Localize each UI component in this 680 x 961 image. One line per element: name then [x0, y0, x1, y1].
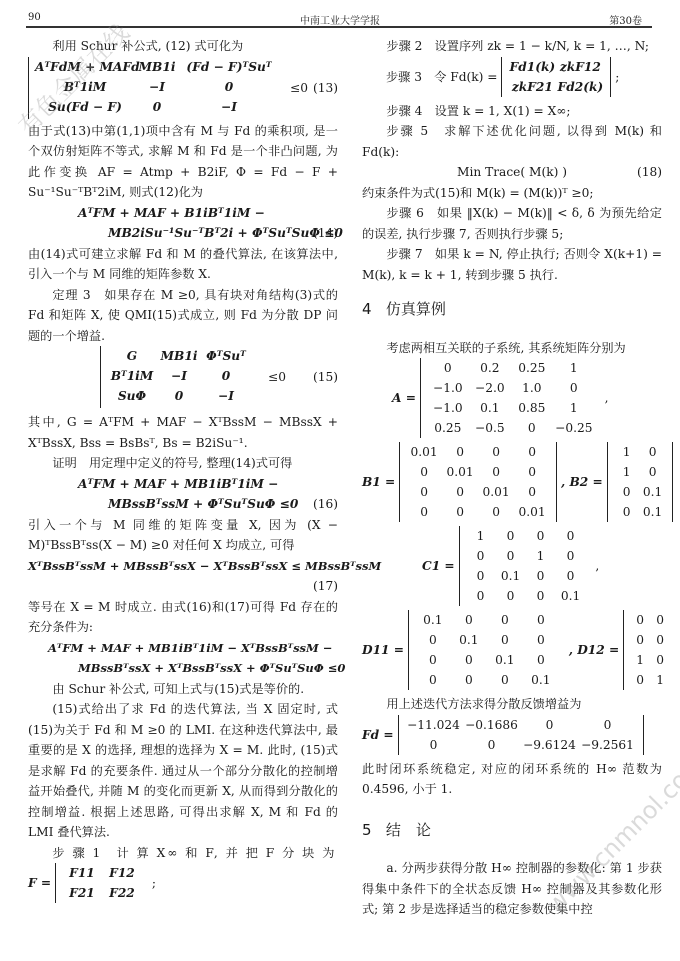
step-7: 步骤 7 如果 k = N, 停止执行; 否则令 X(k+1) = M(k), … [362, 244, 662, 285]
matrix-cell: 0 [451, 650, 487, 670]
step-2: 步骤 2 设置序列 zk = 1 − k/N, k = 1, …, N; [362, 36, 662, 57]
matrix-cell: 1 [466, 526, 496, 546]
matrix-cell: 0 [523, 610, 559, 630]
matrix-cell: 0 [496, 586, 526, 606]
matrix-cell: 0 [511, 418, 553, 438]
matrix-cell: 0 [523, 650, 559, 670]
left-column: 利用 Schur 补公式, (12) 式可化为 AᵀFdM + MAFdMB1i… [28, 30, 338, 907]
step-6: 步骤 6 如果 ‖X(k) − M(k)‖ < δ, δ 为预先给定的误差, 执… [362, 203, 662, 244]
constraint-text: 约束条件为式(15)和 M(k) = (M(k))ᵀ ≥0; [362, 183, 662, 204]
matrix-cell: 1 [553, 358, 595, 378]
equation-14-line1: AᵀFM + MAF + B1iBᵀ1iM − [28, 203, 338, 224]
matrix-cell: 0.1 [640, 482, 666, 502]
matrix-cell: 0 [556, 546, 586, 566]
matrix-cell: 0 [442, 502, 478, 522]
matrix-cell: 1.0 [511, 378, 553, 398]
matrix-cell: 0.1 [415, 610, 451, 630]
matrix-row: 00.0100 [406, 462, 550, 482]
matrix-cell: −9.2561 [579, 735, 637, 755]
matrix-cell: 0 [478, 462, 514, 482]
matrix-cell: 0 [478, 442, 514, 462]
matrix-cell: −1.0 [427, 378, 469, 398]
equation-13: AᵀFdM + MAFdMB1i(Fd − F)ᵀSuᵀ Bᵀ1iM−I0 Su… [28, 57, 338, 121]
matrix-row: 0000.1 [415, 670, 559, 690]
eq15-matrix: GMB1iΦᵀSuᵀ Bᵀ1iM−I0 SuΦ0−I [100, 346, 257, 408]
matrix-cell: 0.1 [469, 398, 511, 418]
equation-14-line2: MB2iSu⁻¹Su⁻ᵀBᵀ2i + ΦᵀSuᵀSuΦ ≤0 (14) [28, 223, 338, 244]
intro-text: 利用 Schur 补公式, (12) 式可化为 [28, 36, 338, 57]
matrix-cell: 0 [650, 630, 670, 650]
matrix-cell: 0 [466, 546, 496, 566]
eq15-number: (15) [313, 367, 338, 388]
matrix-cell: 0.1 [640, 502, 666, 522]
matrix-cell: −11.024 [405, 715, 463, 735]
matrix-row: −1.0−2.01.00 [427, 378, 595, 398]
matrix-cell: −9.6124 [521, 735, 579, 755]
equation-15: GMB1iΦᵀSuᵀ Bᵀ1iM−I0 SuΦ0−I ≤0 (15) [28, 346, 338, 412]
matrix-cell: 0 [556, 566, 586, 586]
matrix-cell: 0 [640, 442, 666, 462]
matrix-row: 00 [630, 610, 670, 630]
matrix-row: 0000.01 [406, 502, 550, 522]
matrix-Fd: Fd = −11.024−0.16860000−9.6124−9.2561 [362, 715, 662, 759]
matrix-cell: 0 [556, 526, 586, 546]
matrix-row: 0.1000 [415, 610, 559, 630]
matrix-row: 0.01000 [406, 442, 550, 462]
matrix-cell: 0 [442, 442, 478, 462]
matrix-cell: 0 [630, 610, 650, 630]
matrix-cell: 0 [553, 378, 595, 398]
matrix-cell: 0 [451, 610, 487, 630]
step-5: 步骤 5 求解下述优化问题, 以得到 M(k) 和 Fd(k): [362, 121, 662, 162]
matrix-cell: 0 [466, 566, 496, 586]
step-3: 步骤 3 令 Fd(k) = Fd1(k)zkF12 zkF21Fd2(k) ; [362, 57, 662, 101]
proof-intro: 证明 用定理中定义的符号, 整理(14)式可得 [28, 453, 338, 474]
matrix-cell: 0.1 [523, 670, 559, 690]
paragraph-5: 等号在 X = M 时成立. 由式(16)和(17)可得 Fd 存在的充分条件为… [28, 597, 338, 638]
condition-line2: MBssBᵀssX + XᵀBssBᵀssX + ΦᵀSuᵀSuΦ ≤0 [28, 658, 338, 679]
matrix-cell: 0 [523, 630, 559, 650]
matrix-cell: 0.1 [451, 630, 487, 650]
paragraph-6: 由 Schur 补公式, 可知上式与(15)式是等价的. [28, 679, 338, 700]
matrix-cell: 0 [526, 526, 556, 546]
matrix-cell: 0 [415, 650, 451, 670]
matrix-cell: 0.01 [442, 462, 478, 482]
paragraph-7: (15)式给出了求 Fd 的迭代算法, 当 X 固定时, 式(15)为关于 Fd… [28, 699, 338, 843]
matrix-cell: −2.0 [469, 378, 511, 398]
matrix-row: 1000 [466, 526, 586, 546]
matrix-row: −11.024−0.168600 [405, 715, 637, 735]
matrix-cell: −0.25 [553, 418, 595, 438]
matrix-cell: 0 [614, 482, 640, 502]
F-block-matrix: F = F11F12 F21F22 ; [28, 863, 338, 907]
matrix-row: 000.010 [406, 482, 550, 502]
matrix-cell: 0.1 [487, 650, 523, 670]
matrix-cell: 0.01 [478, 482, 514, 502]
matrix-row: 10 [630, 650, 670, 670]
matrix-cell: 0 [514, 462, 550, 482]
step-4: 步骤 4 设置 k = 1, X(1) = X∞; [362, 101, 662, 122]
matrix-cell: −0.1686 [463, 715, 521, 735]
matrix-cell: 0.01 [406, 442, 442, 462]
matrix-cell: 0 [415, 670, 451, 690]
eq13-number: (13) [313, 78, 338, 99]
eq18-number: (18) [637, 162, 662, 183]
matrix-cell: 0 [579, 715, 637, 735]
matrix-C1: C1 = 1000001000.1000000.1 , [362, 526, 662, 610]
matrix-row: 01 [630, 670, 670, 690]
matrix-cell: 0 [406, 482, 442, 502]
section-5-heading: 5 结 论 [362, 820, 662, 841]
eq16-number: (16) [313, 494, 338, 515]
equation-16-line2: MBssBᵀssM + ΦᵀSuᵀSuΦ ≤0 (16) [28, 494, 338, 515]
journal-title: 中南工业大学学报 [28, 12, 652, 27]
matrix-row: 10 [614, 442, 666, 462]
matrix-cell: 0 [526, 586, 556, 606]
matrix-cell: 0 [405, 735, 463, 755]
matrix-row: 000.10 [415, 650, 559, 670]
equation-17: XᵀBssBᵀssM + MBssBᵀssX − XᵀBssBᵀssX ≤ MB… [28, 556, 338, 577]
matrix-cell: −1.0 [427, 398, 469, 418]
matrix-cell: 0 [451, 670, 487, 690]
right-column: 步骤 2 设置序列 zk = 1 − k/N, k = 1, …, N; 步骤 … [362, 30, 662, 920]
matrix-cell: 0 [442, 482, 478, 502]
matrix-row: −1.00.10.851 [427, 398, 595, 418]
eq17-number: (17) [28, 576, 338, 597]
matrix-row: 10 [614, 462, 666, 482]
matrix-cell: 0 [478, 502, 514, 522]
matrix-cell: 0 [514, 442, 550, 462]
matrix-cell: 1 [614, 462, 640, 482]
matrix-cell: 0 [415, 630, 451, 650]
matrix-cell: 0.25 [511, 358, 553, 378]
matrix-cell: 0.1 [556, 586, 586, 606]
matrix-row: 00.100 [415, 630, 559, 650]
matrix-row: 00.20.251 [427, 358, 595, 378]
matrix-cell: 0 [630, 670, 650, 690]
matrix-row: 00.100 [466, 566, 586, 586]
matrix-cell: 0 [614, 502, 640, 522]
matrix-cell: 1 [650, 670, 670, 690]
matrix-cell: 0 [650, 650, 670, 670]
matrix-cell: 0.25 [427, 418, 469, 438]
step-1: 步 骤 1 计 算 X∞ 和 F, 并 把 F 分 块 为 [28, 843, 338, 864]
matrix-cell: 0 [521, 715, 579, 735]
paragraph-1: 由于式(13)中第(1,1)项中含有 M 与 Fd 的乘积项, 是一个双仿射矩阵… [28, 121, 338, 203]
paragraph-4: 引入一个与 M 同维的矩阵变量 X, 因为 (X − M)ᵀBssBᵀss(X … [28, 515, 338, 556]
matrix-cell: 0.85 [511, 398, 553, 418]
matrix-row: 0.25−0.50−0.25 [427, 418, 595, 438]
matrix-cell: 1 [526, 546, 556, 566]
matrix-cell: 0 [406, 502, 442, 522]
conclusion-a: a. 分两步获得分散 H∞ 控制器的参数化: 第 1 步获得集中条件下的全状态反… [362, 858, 662, 920]
eq13-relation: ≤0 [290, 78, 308, 99]
eq13-matrix: AᵀFdM + MAFdMB1i(Fd − F)ᵀSuᵀ Bᵀ1iM−I0 Su… [28, 57, 285, 119]
equation-18: Min Trace( M(k) ) (18) [362, 162, 662, 183]
paper-page: 90 中南工业大学学报 第30卷 利用 Schur 补公式, (12) 式可化为… [0, 0, 680, 961]
matrix-B1-B2: B1 = 0.0100000.0100000.0100000.01 , B2 =… [362, 442, 662, 526]
gain-intro: 用上述迭代方法求得分散反馈增益为 [362, 694, 662, 715]
matrix-cell: 1 [614, 442, 640, 462]
matrix-cell: 0 [466, 586, 496, 606]
matrix-row: 00−9.6124−9.2561 [405, 735, 637, 755]
matrix-cell: 0 [496, 546, 526, 566]
system-intro: 考虑两相互关联的子系统, 其系统矩阵分别为 [362, 338, 662, 359]
matrix-cell: 0 [406, 462, 442, 482]
matrix-cell: 1 [553, 398, 595, 418]
matrix-cell: 0 [487, 610, 523, 630]
eq15-relation: ≤0 [268, 367, 286, 388]
matrix-cell: 0 [630, 630, 650, 650]
section-4-heading: 4 仿真算例 [362, 299, 662, 320]
matrix-cell: −0.5 [469, 418, 511, 438]
matrix-cell: 0.01 [514, 502, 550, 522]
result-text: 此时闭环系统稳定, 对应的闭环系统的 H∞ 范数为 0.4596, 小于 1. [362, 759, 662, 800]
matrix-cell: 0.2 [469, 358, 511, 378]
volume-label: 第30卷 [609, 12, 642, 27]
matrix-cell: 0 [496, 526, 526, 546]
matrix-cell: 0 [650, 610, 670, 630]
matrix-row: 00 [630, 630, 670, 650]
matrix-cell: 0 [526, 566, 556, 586]
matrix-row: 00.1 [614, 502, 666, 522]
theorem-3: 定理 3 如果存在 M ≥0, 具有块对角结构(3)式的 Fd 和矩阵 X, 使… [28, 285, 338, 347]
matrix-cell: 0 [487, 670, 523, 690]
matrix-cell: 0 [514, 482, 550, 502]
matrix-cell: 1 [630, 650, 650, 670]
paragraph-3: 其中, G = AᵀFM + MAF − XᵀBssM − MBssX + Xᵀ… [28, 412, 338, 453]
eq14-number: (14) [313, 223, 338, 244]
paragraph-2: 由(14)式可建立求解 Fd 和 M 的叠代算法, 在该算法中, 引入一个与 M… [28, 244, 338, 285]
matrix-row: 00.1 [614, 482, 666, 502]
running-header: 90 中南工业大学学报 第30卷 [28, 8, 652, 28]
header-rule [26, 26, 652, 28]
matrix-cell: 0 [427, 358, 469, 378]
matrix-row: 0000.1 [466, 586, 586, 606]
equation-16-line1: AᵀFM + MAF + MB1iBᵀ1iM − [28, 474, 338, 495]
matrix-row: 0010 [466, 546, 586, 566]
matrix-cell: 0 [640, 462, 666, 482]
matrix-cell: 0 [463, 735, 521, 755]
matrix-cell: 0 [487, 630, 523, 650]
matrix-A: A = 00.20.251−1.0−2.01.00−1.00.10.8510.2… [362, 358, 662, 442]
condition-line1: AᵀFM + MAF + MB1iBᵀ1iM − XᵀBssBᵀssM − [28, 638, 338, 659]
matrix-D11-D12: D11 = 0.100000.100000.100000.1 , D12 = 0… [362, 610, 662, 694]
matrix-cell: 0.1 [496, 566, 526, 586]
